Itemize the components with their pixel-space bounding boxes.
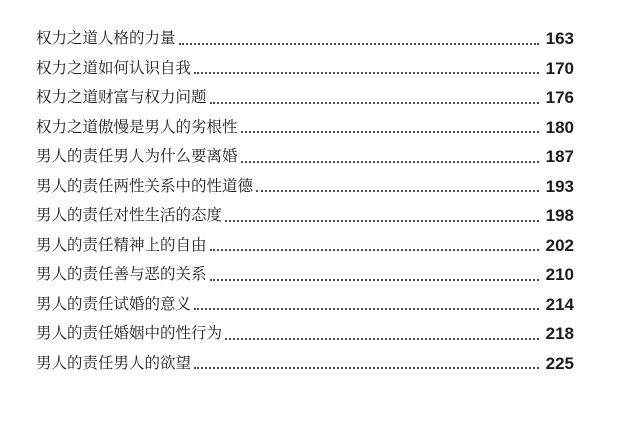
- toc-entry[interactable]: 权力之道傲慢是男人的劣根性 180: [36, 113, 574, 143]
- toc-entry-page: 187: [546, 148, 574, 165]
- dot-leader: [194, 357, 539, 369]
- toc-entry[interactable]: 男人的责任精神上的自由 202: [36, 231, 574, 261]
- toc-entry-page: 193: [546, 178, 574, 195]
- toc-entry-page: 180: [546, 119, 574, 136]
- toc-entry[interactable]: 男人的责任男人的欲望 225: [36, 349, 574, 379]
- toc-entry-page: 176: [546, 89, 574, 106]
- toc-entry-page: 202: [546, 237, 574, 254]
- toc-entry-title: 男人的责任两性关系中的性道德: [36, 179, 253, 195]
- dot-leader: [241, 151, 539, 163]
- toc-entry-title: 权力之道人格的力量: [36, 31, 176, 47]
- toc-entry[interactable]: 权力之道人格的力量 163: [36, 24, 574, 54]
- toc-entry-title: 男人的责任婚姻中的性行为: [36, 326, 222, 342]
- toc-entry-title: 男人的责任善与恶的关系: [36, 267, 207, 283]
- toc-entry[interactable]: 男人的责任试婚的意义 214: [36, 290, 574, 320]
- toc-entry-title: 男人的责任男人的欲望: [36, 356, 191, 372]
- toc-entry[interactable]: 权力之道财富与权力问题 176: [36, 83, 574, 113]
- dot-leader: [225, 328, 539, 340]
- toc-entry[interactable]: 权力之道如何认识自我 170: [36, 54, 574, 84]
- toc-entry[interactable]: 男人的责任对性生活的态度 198: [36, 201, 574, 231]
- dot-leader: [256, 180, 539, 192]
- toc-entry-title: 权力之道傲慢是男人的劣根性: [36, 120, 238, 136]
- toc-entry[interactable]: 男人的责任男人为什么要离婚 187: [36, 142, 574, 172]
- toc-entry-page: 170: [546, 60, 574, 77]
- toc-entry-title: 男人的责任精神上的自由: [36, 238, 207, 254]
- dot-leader: [210, 269, 539, 281]
- dot-leader: [210, 92, 539, 104]
- toc-entry-page: 198: [546, 207, 574, 224]
- toc-entry[interactable]: 男人的责任婚姻中的性行为 218: [36, 319, 574, 349]
- toc-entry-page: 218: [546, 325, 574, 342]
- toc-entry[interactable]: 男人的责任两性关系中的性道德 193: [36, 172, 574, 202]
- dot-leader: [210, 239, 539, 251]
- toc-entry-title: 权力之道如何认识自我: [36, 61, 191, 77]
- document-page: 权力之道人格的力量 163 权力之道如何认识自我 170 权力之道财富与权力问题…: [0, 0, 631, 423]
- toc-entry-title: 男人的责任男人为什么要离婚: [36, 149, 238, 165]
- dot-leader: [194, 62, 539, 74]
- toc-entry-title: 权力之道财富与权力问题: [36, 90, 207, 106]
- toc-entry-page: 214: [546, 296, 574, 313]
- toc-entry-title: 男人的责任试婚的意义: [36, 297, 191, 313]
- toc-entry-page: 225: [546, 355, 574, 372]
- toc-entry-title: 男人的责任对性生活的态度: [36, 208, 222, 224]
- dot-leader: [194, 298, 539, 310]
- toc-entry-page: 163: [546, 30, 574, 47]
- toc-list: 权力之道人格的力量 163 权力之道如何认识自我 170 权力之道财富与权力问题…: [36, 24, 574, 378]
- dot-leader: [179, 33, 539, 45]
- toc-entry[interactable]: 男人的责任善与恶的关系 210: [36, 260, 574, 290]
- dot-leader: [241, 121, 539, 133]
- toc-entry-page: 210: [546, 266, 574, 283]
- dot-leader: [225, 210, 539, 222]
